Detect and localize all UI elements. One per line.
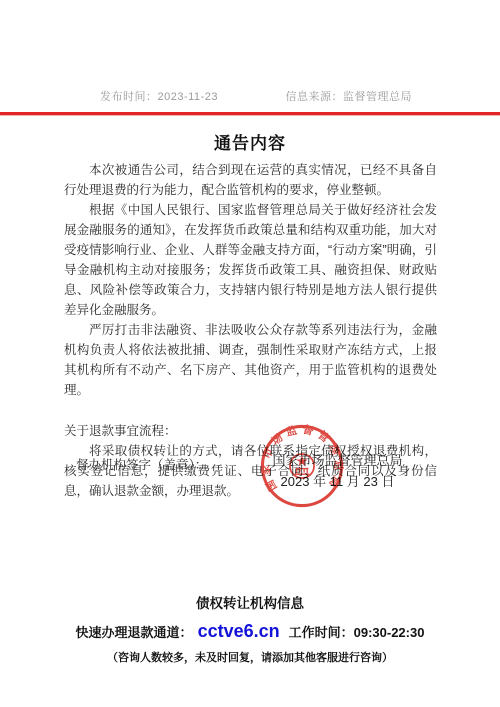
work-hours-text: 工作时间：09:30-22:30 — [289, 625, 425, 640]
refund-channel-label: 快速办理退款通道： — [76, 625, 193, 640]
notice-title: 通告内容 — [0, 129, 500, 154]
footer-heading: 债权转让机构信息 — [0, 592, 500, 612]
notice-paragraph: 根据《中国人民银行、国家监督管理总局关于做好经济社会发展金融服务的通知》，在发挥… — [64, 200, 437, 320]
notice-paragraph: 严厉打击非法融资、非法吸收公众存款等系列违法行为，金融机构负责人将依法被批捕、调… — [64, 320, 437, 400]
refund-heading: 关于退款事宜流程： — [64, 421, 437, 441]
spacer — [64, 400, 437, 421]
notice-paragraph: 本次被通告公司，结合到现在运营的真实情况，已经不具备自行处理退费的行为能力，配合… — [64, 160, 437, 200]
consult-note: （咨询人数较多，未及时回复，请添加其他客服进行咨询） — [0, 649, 500, 665]
refund-link[interactable]: cctve6.cn — [198, 621, 280, 641]
signature-date: 2023 年 11 月 23 日 — [255, 471, 420, 492]
signature-right-block: 国家市场监督管理总局 2023 年 11 月 23 日 — [255, 450, 420, 493]
footer-info-block: 债权转让机构信息 快速办理退款通道：cctve6.cn工作时间：09:30-22… — [0, 592, 500, 665]
publish-time-text: 发布时间：2023-11-23 — [100, 88, 218, 104]
source-text: 信息来源：监督管理总局 — [286, 88, 413, 104]
footer-main-line: 快速办理退款通道：cctve6.cn工作时间：09:30-22:30 — [0, 621, 500, 642]
notice-body: 本次被通告公司，结合到现在运营的真实情况，已经不具备自行处理退费的行为能力，配合… — [0, 154, 500, 501]
meta-row: 发布时间：2023-11-23 信息来源：监督管理总局 — [0, 0, 500, 104]
top-divider — [0, 112, 500, 116]
signature-org: 国家市场监督管理总局 — [255, 450, 420, 471]
signature-label: 督办机构签字（盖章）： — [76, 455, 207, 473]
notice-document: 发布时间：2023-11-23 信息来源：监督管理总局 通告内容 本次被通告公司… — [0, 0, 500, 707]
